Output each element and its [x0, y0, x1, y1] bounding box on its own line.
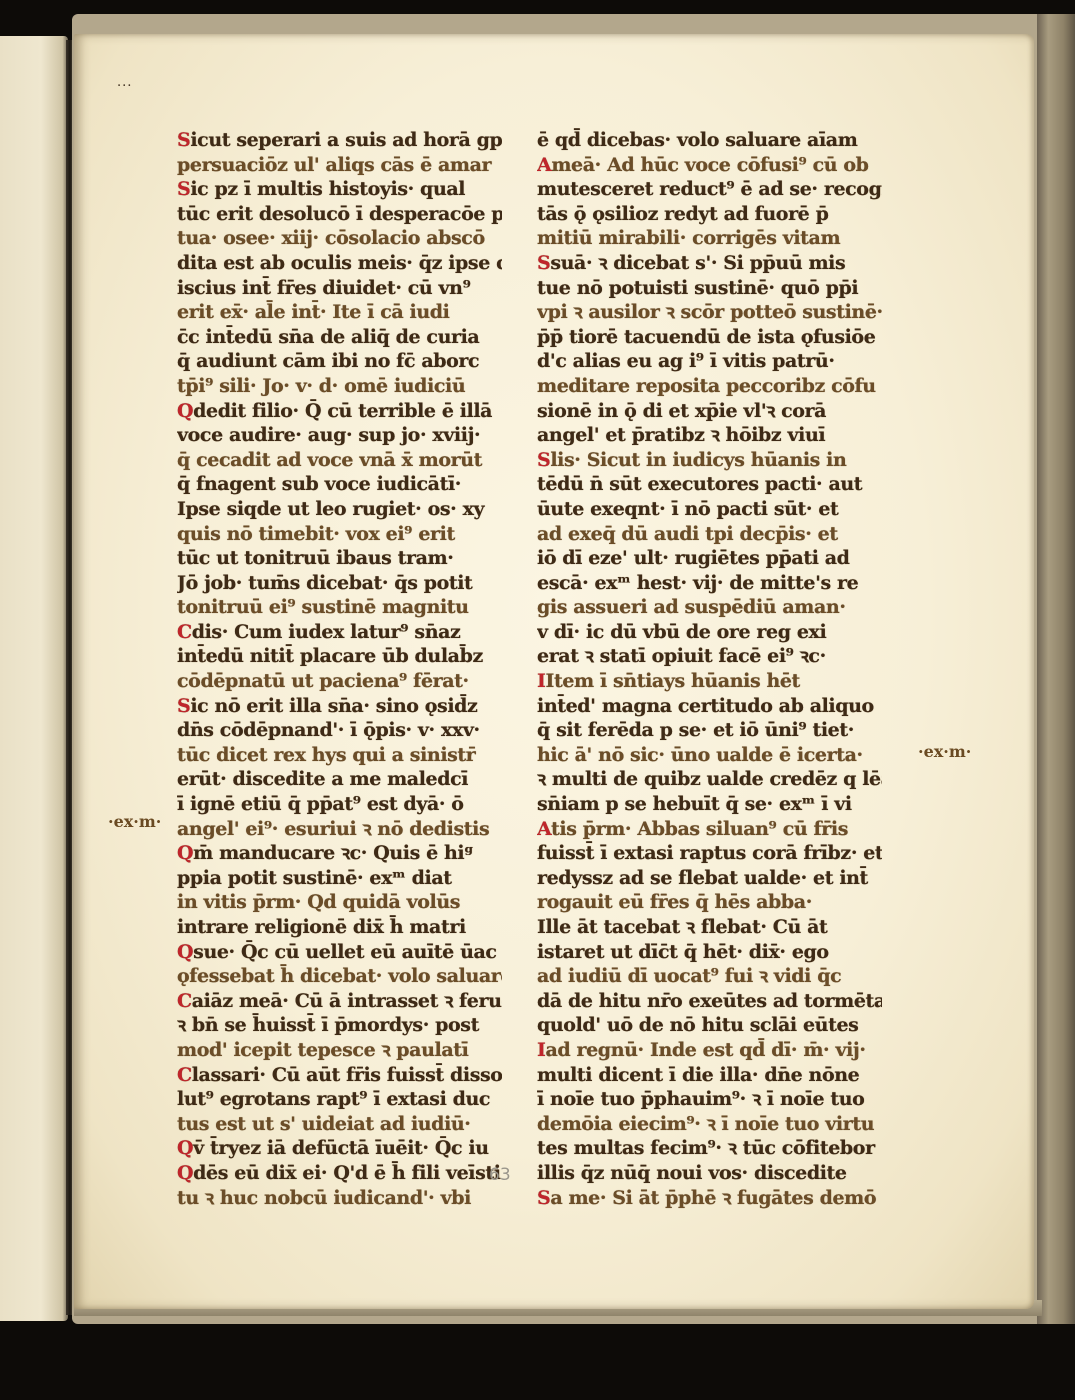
text-line: Iad regnū· Inde est qd̄ dī· m̄· vij· — [537, 1038, 882, 1063]
text-line: ǫfessebat h̄ dicebat· volo saluarē — [177, 964, 502, 989]
text-line: ī ignē etiū q̄ pp̄at⁹ est dyā· ō — [177, 792, 502, 817]
right-text-column: ē qd̄ dicebas· volo saluare aīamAmeā· Ad… — [537, 128, 882, 1210]
text-line: tua· osee· xiij· cōsolacio abscō — [177, 226, 502, 251]
text-line: tūc ut tonitruū ibaus tram· — [177, 546, 502, 571]
line-text: quold' uō de nō hitu sclāi eūtes — [537, 1014, 858, 1036]
text-line: voce audire· aug· sup jo· xviij· — [177, 423, 502, 448]
text-line: Qdēs eū dix̄ ei· Q'd ē h̄ fili veīsti — [177, 1161, 502, 1186]
line-text: erūt· discedite a me maledcī — [177, 768, 468, 790]
rubric-initial: S — [537, 1187, 550, 1209]
line-text: persuaciōz ul' aliqs cās ē amar — [177, 154, 491, 176]
line-text: c̄c int̄edū sn̄a de aliq̄ de curia — [177, 326, 479, 348]
line-text: ī noīe tuo p̄phauim⁹· ꝛ ī noīe tuo — [537, 1088, 864, 1110]
text-line: escā· exᵐ hest· vij· de mitte's re — [537, 571, 882, 596]
line-text: ǫfessebat h̄ dicebat· volo saluarē — [177, 965, 502, 987]
line-text: v dī· ic dū vbū de ore reg exi — [537, 621, 826, 643]
left-text-column: Sicut seperari a suis ad horā gpēpersuac… — [177, 128, 502, 1210]
line-text: suā· ꝛ dicebat s'· Si pp̄uū mis — [550, 252, 845, 274]
text-line: tes multas fecim⁹· ꝛ tūc cōfitebor — [537, 1136, 882, 1161]
line-text: ꝛ multi de quibz ualde credēz q lēat — [537, 768, 882, 790]
text-line: sionē in ǭ di et xp̄ie vl'ꝛ corā — [537, 399, 882, 424]
line-text: ūute exeqnt· ī nō pacti sūt· et — [537, 498, 838, 520]
line-text: q̄ sit ferēda p se· et iō ūni⁹ tiet· — [537, 719, 854, 741]
line-text: angel' ei⁹· esuriui ꝛ nō dedistis — [177, 818, 489, 840]
line-text: ad iudiū dī uocat⁹ fui ꝛ vidi q̄c — [537, 965, 841, 987]
line-text: int̄ed' magna certitudo ab aliquo — [537, 695, 874, 717]
line-text: ē qd̄ dicebas· volo saluare aīam — [537, 129, 857, 151]
text-line: Slis· Sicut in iudicys hūanis in — [537, 448, 882, 473]
line-text: vpi ꝛ ausilor ꝛ scōr potteō sustinē· — [537, 301, 882, 323]
line-text: tūc erit desolucō ī desperacōe pre — [177, 203, 502, 225]
line-text: tp̄i⁹ sili· Jo· v· d· omē iudiciū — [177, 375, 465, 397]
text-line: Sa me· Si āt p̄phē ꝛ fugātes demō — [537, 1186, 882, 1211]
line-text: voce audire· aug· sup jo· xviij· — [177, 424, 480, 446]
line-text: lassari· Cū aūt fr̄is fuisst̄ disso — [192, 1064, 502, 1086]
text-line: lut⁹ egrotans rapt⁹ ī extasi duc — [177, 1087, 502, 1112]
line-text: q̄ fnagent sub voce iudicātī· — [177, 473, 461, 495]
line-text: demōia eiecim⁹· ꝛ ī noīe tuo virtu — [537, 1113, 874, 1135]
line-text: mod' icepit tepesce ꝛ paulatī — [177, 1039, 468, 1061]
rubric-initial: I — [537, 670, 546, 692]
line-text: dita est ab oculis meis· q̄z ipse c — [177, 252, 502, 274]
rubric-initial: S — [177, 129, 190, 151]
line-text: v̄ t̄ryez iā defūctā īuēit· Q̄c iu — [193, 1137, 488, 1159]
line-text: cōdēpnatū ut paciena⁹ fērat· — [177, 670, 469, 692]
line-text: ppia potit sustinē· exᵐ diat — [177, 867, 452, 889]
text-line: Ameā· Ad hūc voce cōfusi⁹ cū ob — [537, 153, 882, 178]
line-text: a me· Si āt p̄phē ꝛ fugātes demō — [550, 1187, 876, 1209]
text-line: Sicut seperari a suis ad horā gpē — [177, 128, 502, 153]
text-line: tūc dicet rex hys qui a sinistr̄ — [177, 743, 502, 768]
text-line: Ipse siqde ut leo rugiet· os· xy — [177, 497, 502, 522]
line-text: fuisst̄ ī extasi raptus corā frībz· et — [537, 842, 882, 864]
rubric-initial: S — [537, 252, 550, 274]
text-line: ē qd̄ dicebas· volo saluare aīam — [537, 128, 882, 153]
book-cover-edge — [1037, 14, 1075, 1324]
text-line: int̄ed' magna certitudo ab aliquo — [537, 694, 882, 719]
line-text: tue nō potuisti sustinē· quō pp̄i — [537, 277, 858, 299]
text-line: Sic nō erit illa sn̄a· sino ǫsid̄z — [177, 694, 502, 719]
rubric-initial: S — [177, 178, 190, 200]
text-line: rogauit eū fr̄es q̄ hēs abba· — [537, 890, 882, 915]
text-line: Qv̄ t̄ryez iā defūctā īuēit· Q̄c iu — [177, 1136, 502, 1161]
rubric-initial: S — [177, 695, 190, 717]
line-text: meā· Ad hūc voce cōfusi⁹ cū ob — [551, 154, 868, 176]
line-text: rogauit eū fr̄es q̄ hēs abba· — [537, 891, 812, 913]
text-line: angel' et p̄ratibz ꝛ hōibz viuī — [537, 423, 882, 448]
text-line: quis nō timebit· vox ei⁹ erit — [177, 522, 502, 547]
text-line: ūute exeqnt· ī nō pacti sūt· et — [537, 497, 882, 522]
line-text: dā de hitu nr̄o exeūtes ad tormēta· — [537, 990, 882, 1012]
rubric-initial: A — [537, 818, 551, 840]
text-line: mutesceret reduct⁹ ē ad se· recogi — [537, 177, 882, 202]
line-text: iscius int̄ fr̄es diuidet· cū vn⁹ — [177, 277, 471, 299]
text-line: int̄edū nitit̄ placare ūb dulab̄z — [177, 644, 502, 669]
line-text: ic pz ī multis histoyis· qual — [190, 178, 465, 200]
text-line: iscius int̄ fr̄es diuidet· cū vn⁹ — [177, 276, 502, 301]
text-line: sn̄iam p se hebuīt q̄ se· exᵐ ī vi — [537, 792, 882, 817]
rubric-initial: Q — [177, 1137, 193, 1159]
line-text: Jō job· tum̄s dicebat· q̄s potit — [177, 572, 472, 594]
text-line: Qm̄ manducare ꝛc· Quis ē hiᵍ — [177, 841, 502, 866]
line-text: illis q̄z nūq̄ noui vos· discedite — [537, 1162, 847, 1184]
rubric-initial: Q — [177, 842, 193, 864]
line-text: dēs eū dix̄ ei· Q'd ē h̄ fili veīsti — [193, 1162, 500, 1184]
text-line: ī noīe tuo p̄phauim⁹· ꝛ ī noīe tuo — [537, 1087, 882, 1112]
text-line: fuisst̄ ī extasi raptus corā frībz· et — [537, 841, 882, 866]
text-line: q̄ sit ferēda p se· et iō ūni⁹ tiet· — [537, 718, 882, 743]
text-line: Ssuā· ꝛ dicebat s'· Si pp̄uū mis — [537, 251, 882, 276]
text-line: ad exeq̄ dū audi tpi decp̄is· et — [537, 522, 882, 547]
line-text: ī ignē etiū q̄ pp̄at⁹ est dyā· ō — [177, 793, 464, 815]
line-text: m̄ manducare ꝛc· Quis ē hiᵍ — [193, 842, 473, 864]
text-line: intrare religionē dix̄ h̄ matri — [177, 915, 502, 940]
margin-note-right: ·ex·m· — [918, 742, 971, 761]
text-line: tēdū n̄ sūt executores pacti· aut — [537, 472, 882, 497]
line-text: ad exeq̄ dū audi tpi decp̄is· et — [537, 523, 838, 545]
line-text: ꝛ bn̄ se h̄uisst̄ ī p̄mordys· post — [177, 1014, 479, 1036]
line-text: mitiū mirabili· corrigēs vitam — [537, 227, 840, 249]
text-line: tus est ut s' uideiat ad iudiū· — [177, 1112, 502, 1137]
line-text: quis nō timebit· vox ei⁹ erit — [177, 523, 455, 545]
line-text: aiāz meā· Cū ā intrasset ꝛ feruēt — [192, 990, 502, 1012]
rubric-initial: C — [177, 621, 192, 643]
line-text: sue· Q̄c cū uellet eū auītē ūac — [193, 941, 496, 963]
line-text: in vitis p̄rm· Qd quidā volūs — [177, 891, 460, 913]
folio-number: 63 — [489, 1165, 511, 1185]
line-text: tūc dicet rex hys qui a sinistr̄ — [177, 744, 475, 766]
text-line: quold' uō de nō hitu sclāi eūtes — [537, 1013, 882, 1038]
text-line: dita est ab oculis meis· q̄z ipse c — [177, 251, 502, 276]
line-text: erat ꝛ statī opiuit facē ei⁹ ꝛc· — [537, 645, 826, 667]
text-line: angel' ei⁹· esuriui ꝛ nō dedistis — [177, 817, 502, 842]
line-text: sn̄iam p se hebuīt q̄ se· exᵐ ī vi — [537, 793, 852, 815]
text-line: ad iudiū dī uocat⁹ fui ꝛ vidi q̄c — [537, 964, 882, 989]
text-line: gis assueri ad suspēdiū aman· — [537, 595, 882, 620]
line-text: tis p̄rm· Abbas siluan⁹ cū fr̄is — [551, 818, 848, 840]
text-line: erit ex̄· al̄e int̄· Ite ī cā iudi — [177, 300, 502, 325]
text-line: ꝛ multi de quibz ualde credēz q lēat — [537, 767, 882, 792]
text-line: tonitruū ei⁹ sustinē magnitu — [177, 595, 502, 620]
rubric-initial: A — [537, 154, 551, 176]
text-line: dā de hitu nr̄o exeūtes ad tormēta· — [537, 989, 882, 1014]
line-text: Ille āt tacebat ꝛ flebat· Cū āt — [537, 916, 827, 938]
rubric-initial: Q — [177, 400, 193, 422]
text-line: illis q̄z nūq̄ noui vos· discedite — [537, 1161, 882, 1186]
line-text: mutesceret reduct⁹ ē ad se· recogi — [537, 178, 882, 200]
line-text: gis assueri ad suspēdiū aman· — [537, 596, 846, 618]
line-text: dis· Cum iudex latur⁹ sn̄az — [192, 621, 461, 643]
line-text: tes multas fecim⁹· ꝛ tūc cōfitebor — [537, 1137, 875, 1159]
text-line: tue nō potuisti sustinē· quō pp̄i — [537, 276, 882, 301]
line-text: Item ī sn̄tiays hūanis hēt — [546, 670, 800, 692]
line-text: tūc ut tonitruū ibaus tram· — [177, 547, 453, 569]
line-text: tās ǭ ǫsilioz redyt ad fuorē p̄ — [537, 203, 828, 225]
text-line: multi dicent ī die illa· dn̄e nōne — [537, 1063, 882, 1088]
line-text: erit ex̄· al̄e int̄· Ite ī cā iudi — [177, 301, 449, 323]
text-line: tp̄i⁹ sili· Jo· v· d· omē iudiciū — [177, 374, 502, 399]
line-text: d'c alias eu ag i⁹ ī vitis patrū· — [537, 350, 835, 372]
text-line: Atis p̄rm· Abbas siluan⁹ cū fr̄is — [537, 817, 882, 842]
text-line: vpi ꝛ ausilor ꝛ scōr potteō sustinē· — [537, 300, 882, 325]
text-line: ꝛ bn̄ se h̄uisst̄ ī p̄mordys· post — [177, 1013, 502, 1038]
text-line: iō dī eze' ult· rugiētes pp̄ati ad — [537, 546, 882, 571]
text-line: Ille āt tacebat ꝛ flebat· Cū āt — [537, 915, 882, 940]
text-line: erat ꝛ statī opiuit facē ei⁹ ꝛc· — [537, 644, 882, 669]
text-line: Qsue· Q̄c cū uellet eū auītē ūac — [177, 940, 502, 965]
line-text: q̄ cecadit ad voce vnā x̄ morūt — [177, 449, 482, 471]
rubric-initial: I — [537, 1039, 546, 1061]
text-line: Classari· Cū aūt fr̄is fuisst̄ disso — [177, 1063, 502, 1088]
margin-note-left: ·ex·m· — [108, 812, 161, 831]
line-text: multi dicent ī die illa· dn̄e nōne — [537, 1064, 859, 1086]
text-line: Sic pz ī multis histoyis· qual — [177, 177, 502, 202]
line-text: sionē in ǭ di et xp̄ie vl'ꝛ corā — [537, 400, 826, 422]
text-line: c̄c int̄edū sn̄a de aliq̄ de curia — [177, 325, 502, 350]
rubric-initial: C — [177, 1064, 192, 1086]
text-line: ppia potit sustinē· exᵐ diat — [177, 866, 502, 891]
text-line: Jō job· tum̄s dicebat· q̄s potit — [177, 571, 502, 596]
facing-left-page — [0, 36, 68, 1321]
line-text: Ipse siqde ut leo rugiet· os· xy — [177, 498, 484, 520]
text-line: meditare reposita peccoribz cōfu — [537, 374, 882, 399]
page-marks: ... — [117, 75, 132, 90]
text-line: mod' icepit tepesce ꝛ paulatī — [177, 1038, 502, 1063]
line-text: tu ꝛ huc nobcū iudicand'· vbi — [177, 1187, 471, 1209]
text-line: q̄ cecadit ad voce vnā x̄ morūt — [177, 448, 502, 473]
text-line: cōdēpnatū ut paciena⁹ fērat· — [177, 669, 502, 694]
text-line: q̄ fnagent sub voce iudicātī· — [177, 472, 502, 497]
rubric-initial: C — [177, 990, 192, 1012]
text-line: in vitis p̄rm· Qd quidā volūs — [177, 890, 502, 915]
line-text: ad regnū· Inde est qd̄ dī· m̄· vij· — [546, 1039, 866, 1061]
text-line: v dī· ic dū vbū de ore reg exi — [537, 620, 882, 645]
line-text: lis· Sicut in iudicys hūanis in — [550, 449, 846, 471]
line-text: lut⁹ egrotans rapt⁹ ī extasi duc — [177, 1088, 490, 1110]
line-text: hic ā' nō sic· ūno ualde ē icerta· — [537, 744, 863, 766]
line-text: tonitruū ei⁹ sustinē magnitu — [177, 596, 469, 618]
line-text: tēdū n̄ sūt executores pacti· aut — [537, 473, 862, 495]
text-line: p̄p̄ tiorē tacuendū de ista ǫfusiōe — [537, 325, 882, 350]
text-line: persuaciōz ul' aliqs cās ē amar — [177, 153, 502, 178]
text-line: hic ā' nō sic· ūno ualde ē icerta· — [537, 743, 882, 768]
text-line: tās ǭ ǫsilioz redyt ad fuorē p̄ — [537, 202, 882, 227]
line-text: redyssz ad se flebat ualde· et int̄ — [537, 867, 868, 889]
text-line: d'c alias eu ag i⁹ ī vitis patrū· — [537, 349, 882, 374]
line-text: dedit filio· Q̄ cū terrible ē illā — [193, 400, 492, 422]
line-text: q̄ audiunt cām ibi no fc̄ aborc — [177, 350, 479, 372]
text-line: istaret ut dīc̄t q̄ hēt· dix̄· ego — [537, 940, 882, 965]
text-line: mitiū mirabili· corrigēs vitam — [537, 226, 882, 251]
line-text: ic nō erit illa sn̄a· sino ǫsid̄z — [190, 695, 477, 717]
line-text: istaret ut dīc̄t q̄ hēt· dix̄· ego — [537, 941, 829, 963]
rubric-initial: S — [537, 449, 550, 471]
rubric-initial: Q — [177, 941, 193, 963]
text-line: IItem ī sn̄tiays hūanis hēt — [537, 669, 882, 694]
line-text: tua· osee· xiij· cōsolacio abscō — [177, 227, 485, 249]
text-line: Caiāz meā· Cū ā intrasset ꝛ feruēt — [177, 989, 502, 1014]
line-text: dn̄s cōdēpnand'· ī ǭpis· v· xxv· — [177, 719, 480, 741]
rubric-initial: Q — [177, 1162, 193, 1184]
text-line: erūt· discedite a me maledcī — [177, 767, 502, 792]
text-line: q̄ audiunt cām ibi no fc̄ aborc — [177, 349, 502, 374]
line-text: int̄edū nitit̄ placare ūb dulab̄z — [177, 645, 483, 667]
text-line: Qdedit filio· Q̄ cū terrible ē illā — [177, 399, 502, 424]
line-text: escā· exᵐ hest· vij· de mitte's re — [537, 572, 858, 594]
text-line: tu ꝛ huc nobcū iudicand'· vbi — [177, 1186, 502, 1211]
text-line: redyssz ad se flebat ualde· et int̄ — [537, 866, 882, 891]
text-line: dn̄s cōdēpnand'· ī ǭpis· v· xxv· — [177, 718, 502, 743]
line-text: intrare religionē dix̄ h̄ matri — [177, 916, 466, 938]
text-line: demōia eiecim⁹· ꝛ ī noīe tuo virtu — [537, 1112, 882, 1137]
text-line: Cdis· Cum iudex latur⁹ sn̄az — [177, 620, 502, 645]
line-text: icut seperari a suis ad horā gpē — [190, 129, 502, 151]
text-line: tūc erit desolucō ī desperacōe pre — [177, 202, 502, 227]
line-text: angel' et p̄ratibz ꝛ hōibz viuī — [537, 424, 825, 446]
line-text: tus est ut s' uideiat ad iudiū· — [177, 1113, 471, 1135]
line-text: meditare reposita peccoribz cōfu — [537, 375, 876, 397]
line-text: iō dī eze' ult· rugiētes pp̄ati ad — [537, 547, 850, 569]
line-text: p̄p̄ tiorē tacuendū de ista ǫfusiōe — [537, 326, 875, 348]
